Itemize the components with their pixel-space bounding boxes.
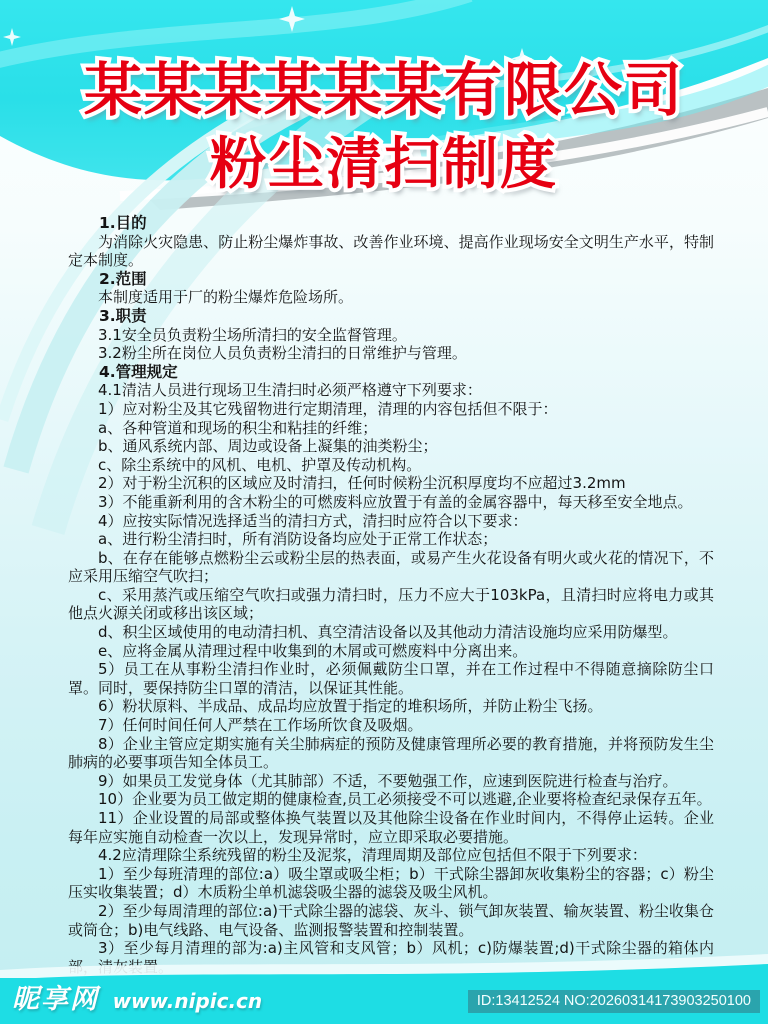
section-heading: 3.职责 bbox=[68, 307, 714, 326]
poster-canvas: 某某某某某某有限公司 某某某某某某有限公司 粉尘清扫制度 粉尘清扫制度 1.目的… bbox=[0, 0, 768, 1024]
body-paragraph: 4.1清洁人员进行现场卫生清扫时必须严格遵守下列要求： bbox=[68, 381, 714, 400]
body-paragraph: b、通风系统内部、周边或设备上凝集的油类粉尘； bbox=[68, 437, 714, 456]
image-id-badge: ID:13412524 NO:20260314173903250100 bbox=[468, 990, 760, 1013]
body-paragraph: 3）不能重新利用的含木粉尘的可燃废料应放置于有盖的金属容器中，每天移至安全地点。 bbox=[68, 493, 714, 512]
body-paragraph: 8）企业主管应定期实施有关尘肺病症的预防及健康管理所必要的教育措施，并将预防发生… bbox=[68, 735, 714, 772]
body-paragraph: 10）企业要为员工做定期的健康检查,员工必须接受不可以逃避,企业要将检查纪录保存… bbox=[68, 790, 714, 809]
nipic-watermark-logo: 昵享网 www.nipic.cn bbox=[12, 977, 262, 1016]
document-title: 粉尘清扫制度 粉尘清扫制度 bbox=[0, 132, 768, 198]
company-name-text: 某某某某某某有限公司 bbox=[84, 56, 684, 124]
poster-title-block: 某某某某某某有限公司 某某某某某某有限公司 粉尘清扫制度 粉尘清扫制度 bbox=[0, 54, 768, 198]
body-paragraph: 3.1安全员负责粉尘场所清扫的安全监督管理。 bbox=[68, 326, 714, 345]
body-paragraph: 5）员工在从事粉尘清扫作业时，必须佩戴防尘口罩，并在工作过程中不得随意摘除防尘口… bbox=[68, 660, 714, 697]
site-url-text: www.nipic.cn bbox=[113, 989, 263, 1013]
body-paragraph: 7）任何时间任何人严禁在工作场所饮食及吸烟。 bbox=[68, 716, 714, 735]
body-paragraph: 4.2应清理除尘系统残留的粉尘及泥浆，清理周期及部位应包括但不限于下列要求： bbox=[68, 846, 714, 865]
site-name-text: 昵享网 bbox=[12, 984, 99, 1015]
body-paragraph: a、各种管道和现场的积尘和粘挂的纤维； bbox=[68, 419, 714, 438]
body-paragraph: 2）至少每周清理的部位:a)干式除尘器的滤袋、灰斗、锁气卸灰装置、输灰装置、粉尘… bbox=[68, 902, 714, 939]
body-paragraph: 为消除火灾隐患、防止粉尘爆炸事故、改善作业环境、提高作业现场安全文明生产水平，特… bbox=[68, 233, 714, 270]
document-title-text: 粉尘清扫制度 bbox=[210, 132, 558, 197]
body-paragraph: 6）粉状原料、半成品、成品均应放置于指定的堆积场所，并防止粉尘飞扬。 bbox=[68, 697, 714, 716]
body-paragraph: 1）应对粉尘及其它残留物进行定期清理，清理的内容包括但不限于： bbox=[68, 400, 714, 419]
body-paragraph: 3）至少每月清理的部为:a)主风管和支风管；b）风机；c)防爆装置;d)干式除尘… bbox=[68, 939, 714, 976]
body-paragraph: c、采用蒸汽或压缩空气吹扫或强力清扫时，压力不应大于103kPa，且清扫时应将电… bbox=[68, 586, 714, 623]
body-paragraph: 本制度适用于厂的粉尘爆炸危险场所。 bbox=[68, 288, 714, 307]
body-paragraph: 1）至少每班清理的部位:a）吸尘罩或吸尘柜；b）干式除尘器卸灰收集粉尘的容器；c… bbox=[68, 865, 714, 902]
body-paragraph: a、进行粉尘清扫时，所有消防设备均应处于正常工作状态； bbox=[68, 530, 714, 549]
body-paragraph: 11）企业设置的局部或整体换气装置以及其他除尘设备在作业时间内，不得停止运转。企… bbox=[68, 809, 714, 846]
company-name-title: 某某某某某某有限公司 某某某某某某有限公司 bbox=[0, 54, 768, 126]
body-paragraph: e、应将金属从清理过程中收集到的木屑或可燃废料中分离出来。 bbox=[68, 642, 714, 661]
footer-bar: 昵享网 www.nipic.cn ID:13412524 NO:20260314… bbox=[0, 978, 768, 1024]
section-heading: 4.管理规定 bbox=[68, 363, 714, 382]
body-paragraph: 9）如果员工发觉身体（尤其肺部）不适，不要勉强工作，应速到医院进行检查与治疗。 bbox=[68, 772, 714, 791]
body-paragraph: b、在存在能够点燃粉尘云或粉尘层的热表面，或易产生火花设备有明火或火花的情况下，… bbox=[68, 549, 714, 586]
body-paragraph: 4）应按实际情况选择适当的清扫方式，清扫时应符合以下要求： bbox=[68, 512, 714, 531]
body-paragraph: d、积尘区域使用的电动清扫机、真空清洁设备以及其他动力清洁设施均应采用防爆型。 bbox=[68, 623, 714, 642]
section-heading: 2.范围 bbox=[68, 270, 714, 289]
body-paragraph: 2）对于粉尘沉积的区域应及时清扫，任何时候粉尘沉积厚度均不应超过3.2mm bbox=[68, 474, 714, 493]
policy-text-block: 1.目的为消除火灾隐患、防止粉尘爆炸事故、改善作业环境、提高作业现场安全文明生产… bbox=[68, 214, 714, 976]
body-paragraph: 3.2粉尘所在岗位人员负责粉尘清扫的日常维护与管理。 bbox=[68, 344, 714, 363]
section-heading: 1.目的 bbox=[68, 214, 714, 233]
body-paragraph: c、除尘系统中的风机、电机、护罩及传动机构。 bbox=[68, 456, 714, 475]
